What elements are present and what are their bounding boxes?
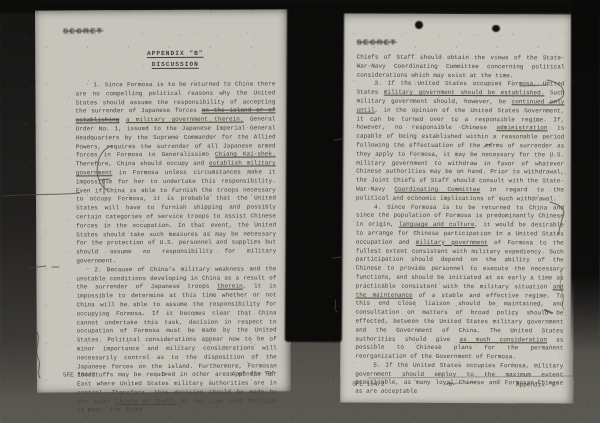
appendix-heading: APPENDIX "B" [75,49,275,57]
page-number: -5- [158,371,169,378]
scan-left-shadow [0,0,38,396]
text-segment: language and culture [399,221,475,228]
text-segment: in Formosa unless circumstances make it … [76,168,276,264]
text-segment: , it is impossible to determine at this … [76,283,277,405]
text-segment: military government [416,239,488,246]
text-segment: 5. If the United States occupies Formosa… [355,362,563,396]
scanned-document-canvas: SECRET APPENDIX "B" DISCUSSION 1. Since … [0,0,600,423]
text-segment: therein [217,283,243,290]
document-page-left: SECRET APPENDIX "B" DISCUSSION 1. Since … [35,9,291,392]
page-body-text: Chiefs of Staff should obtain the views … [355,54,564,398]
text-segment: is capable of being established within a… [356,125,564,193]
punch-hole-icon [492,25,500,32]
page-body-text: 1. Since Formosa is to be returned to Ch… [75,80,277,415]
document-number: SFE 104/2 [63,371,95,378]
document-number: SFE 104/2 [352,381,384,388]
document-paragraph: 4. Since Formosa is to be returned to Ch… [355,203,564,362]
text-segment: of Formosa to the fullest extent consist… [356,239,564,290]
document-paragraph: 5. If the United States occupies Formosa… [355,361,563,397]
page-footer: SFE 104/2 -5- Appendix "B" [37,370,291,378]
discussion-heading: DISCUSSION [75,60,275,68]
scan-right-shadow [571,0,600,352]
text-segment: Coordinating Committee [394,186,480,193]
appendix-label: Appendix "B" [516,381,559,388]
text-segment: Chiang Kai-shek. [215,151,276,158]
text-segment: as much consideration [459,336,547,343]
appendix-label: Appendix "B" [232,370,275,377]
document-paragraph: 3. If the United States occupies Formosa… [356,80,565,204]
scan-gutter-shadow [285,5,344,342]
punch-hole-icon [415,21,423,29]
text-segment: a military government therein. [126,116,244,124]
text-segment: Chiefs of Staff should obtain the views … [357,54,565,79]
document-paragraph: 1. Since Formosa is to be returned to Ch… [75,80,276,266]
text-segment: military government should be establishe… [384,89,545,97]
document-paragraph: 2. Because of China's military weakness … [76,265,277,416]
document-page-right: SECRET Chiefs of Staff should obtain the… [340,13,575,403]
text-segment: Chiefs of Staff. [116,398,177,405]
text-segment: Therefore, China should occupy and [76,160,209,168]
document-paragraph: Chiefs of Staff should obtain the views … [357,54,565,81]
text-segment: administration [496,125,547,132]
page-number: -6- [445,381,456,388]
page-content: APPENDIX "B" DISCUSSION 1. Since Formosa… [35,9,291,392]
page-footer: SFE 104/2 -6- Appendix "B" [340,380,573,388]
page-content: Chiefs of Staff should obtain the views … [340,13,575,403]
